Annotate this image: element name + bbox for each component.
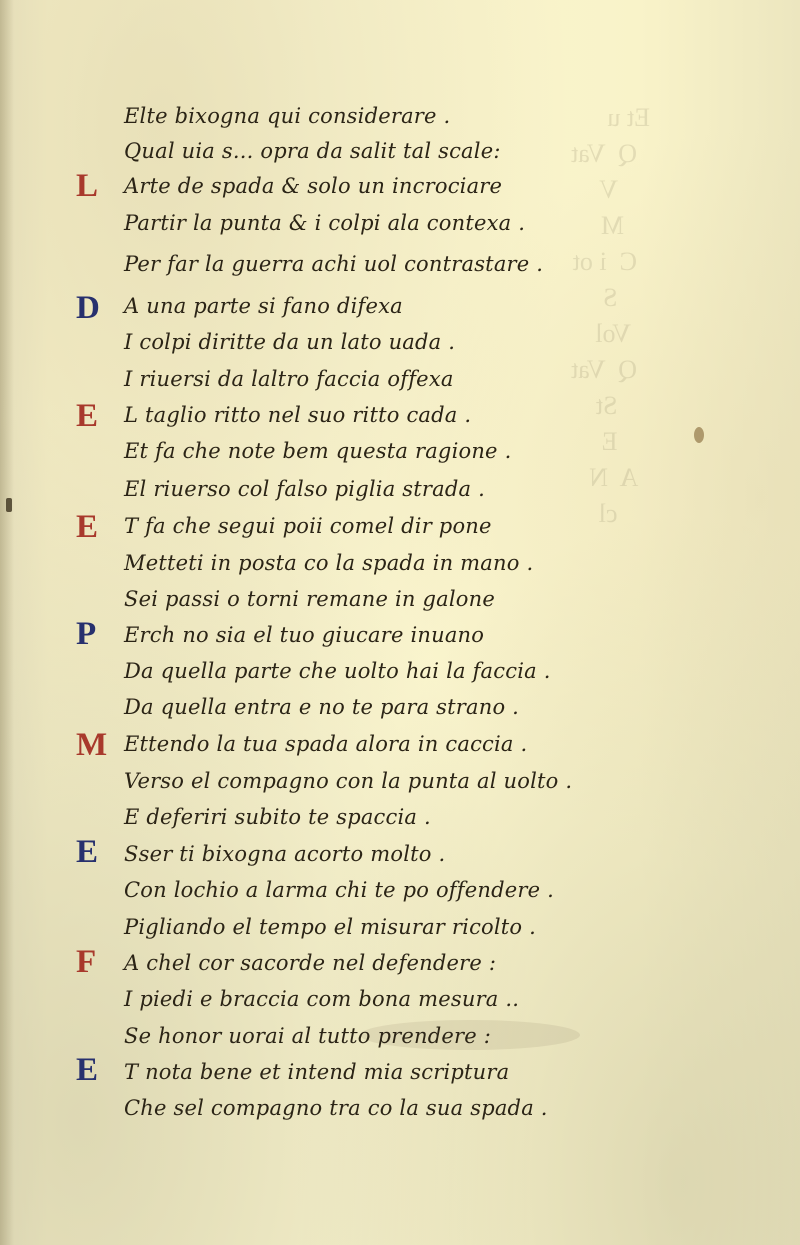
rubric-initial: E [76, 511, 98, 544]
verse-line: Ettendo la tua spada alora in caccia . [124, 732, 527, 756]
manuscript-page: Et u Q Vat V M C i ot S Vol Q Vat St E A… [0, 0, 800, 1245]
page-gutter-shadow [0, 0, 14, 1245]
rubric-initial: E [76, 836, 98, 869]
verse-line: Erch no sia el tuo giucare inuano [124, 623, 484, 647]
rubric-initial: P [76, 618, 96, 651]
verse-line: Per far la guerra achi uol contrastare . [124, 252, 543, 276]
verse-line: T nota bene et intend mia scriptura [124, 1060, 509, 1084]
verse-line: Se honor uorai al tutto prendere : [124, 1024, 491, 1048]
verse-line: Sser ti bixogna acorto molto . [124, 842, 445, 866]
rubric-initial: E [76, 400, 98, 433]
margin-mark [6, 498, 12, 512]
verse-line: I colpi diritte da un lato uada . [124, 330, 455, 354]
verse-line: Verso el compagno con la punta al uolto … [124, 769, 572, 793]
verse-line: L taglio ritto nel suo ritto cada . [124, 403, 471, 427]
verse-line: Che sel compagno tra co la sua spada . [124, 1096, 548, 1120]
verse-line: A chel cor sacorde nel defendere : [124, 951, 496, 975]
bleed-through-text: Et u Q Vat V M C i ot S Vol Q Vat St E A… [571, 100, 650, 532]
verse-line: Arte de spada & solo un incrociare [124, 174, 502, 198]
verse-line: Et fa che note bem questa ragione . [124, 439, 511, 463]
rubric-initial: F [76, 946, 96, 979]
rubric-initial: D [76, 292, 100, 325]
verse-line: Qual uia s... opra da salit tal scale: [124, 139, 501, 163]
verse-line: Da quella parte che uolto hai la faccia … [124, 659, 551, 683]
verse-line: A una parte si fano difexa [124, 294, 403, 318]
rubric-initial: L [76, 170, 98, 203]
verse-line: I riuersi da laltro faccia offexa [124, 367, 454, 391]
verse-line: I piedi e braccia com bona mesura .. [124, 987, 519, 1011]
verse-line: Da quella entra e no te para strano . [124, 695, 519, 719]
verse-line: Sei passi o torni remane in galone [124, 587, 495, 611]
verse-line: Elte bixogna qui considerare . [124, 104, 450, 128]
verse-line: Metteti in posta co la spada in mano . [124, 551, 533, 575]
verse-line: Pigliando el tempo el misurar ricolto . [124, 915, 536, 939]
ink-stain [694, 427, 704, 443]
verse-line: El riuerso col falso piglia strada . [124, 477, 485, 501]
rubric-initial: M [76, 729, 107, 762]
verse-line: Partir la punta & i colpi ala contexa . [124, 211, 525, 235]
rubric-initial: E [76, 1054, 98, 1087]
verse-line: T fa che segui poii comel dir pone [124, 514, 492, 538]
verse-line: E deferiri subito te spaccia . [124, 805, 431, 829]
verse-line: Con lochio a larma chi te po offendere . [124, 878, 554, 902]
